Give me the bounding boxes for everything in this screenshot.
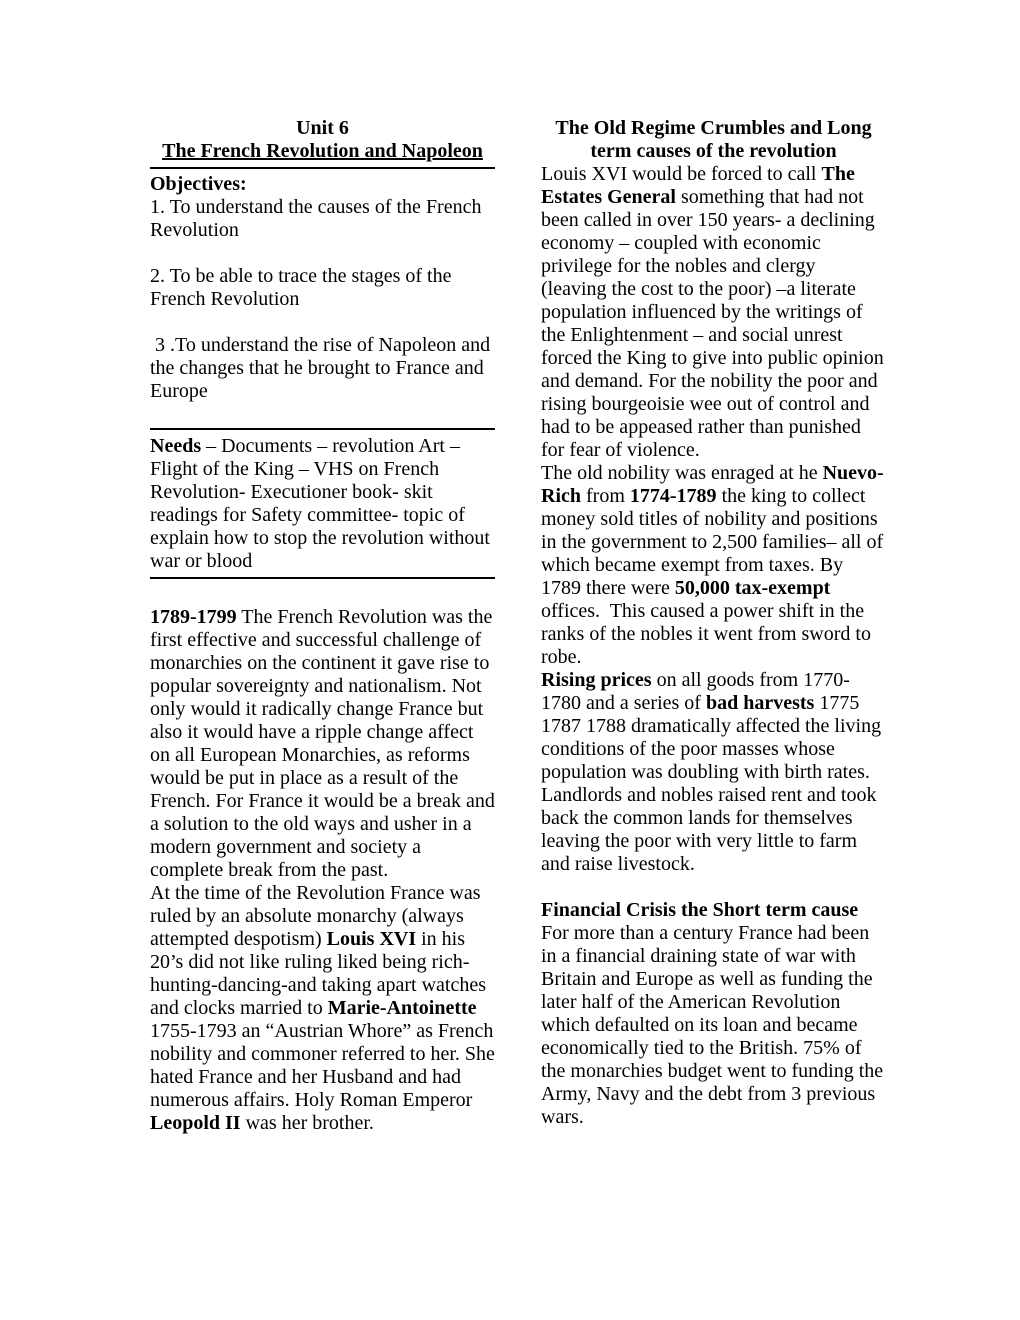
text-run: Marie-Antoinette <box>328 997 477 1019</box>
text-run: Needs <box>150 435 201 457</box>
text-run: Unit 6 <box>296 117 349 139</box>
left-column: Unit 6The French Revolution and Napoleon… <box>150 117 495 1135</box>
spacer <box>150 403 495 426</box>
spacer <box>150 242 495 265</box>
text-run: Louis XVI <box>327 928 416 950</box>
text-run: For more than a century France had been … <box>541 922 887 1128</box>
objectives-heading: Objectives: <box>150 173 495 196</box>
text-columns: Unit 6The French Revolution and Napoleon… <box>150 117 886 1135</box>
text-run: The French Revolution and Napoleon <box>162 140 483 162</box>
text-run: 1. To understand the causes of the Frenc… <box>150 196 486 241</box>
monarchy-paragraph: At the time of the Revolution France was… <box>150 882 495 1135</box>
financial-crisis-heading: Financial Crisis the Short term cause <box>541 899 886 922</box>
objective-2: 2. To be able to trace the stages of the… <box>150 265 495 311</box>
text-run: The old nobility was enraged at he <box>541 462 823 484</box>
text-run: Leopold II <box>150 1112 241 1134</box>
text-run: 50,000 tax-exempt <box>675 577 831 599</box>
text-run: Objectives: <box>150 173 247 195</box>
objective-3: 3 .To understand the rise of Napoleon an… <box>150 334 495 403</box>
estates-general-paragraph: Louis XVI would be forced to call The Es… <box>541 163 886 462</box>
text-run: Louis XVI would be forced to call <box>541 163 821 185</box>
doc-title: Unit 6 <box>150 117 495 140</box>
revolution-overview-paragraph: 1789-1799 The French Revolution was the … <box>150 606 495 882</box>
spacer <box>150 583 495 606</box>
text-run: Rising prices <box>541 669 652 691</box>
text-run: 2. To be able to trace the stages of the… <box>150 265 456 310</box>
document-page: Unit 6The French Revolution and Napoleon… <box>0 0 1020 1320</box>
nobility-paragraph: The old nobility was enraged at he Nuevo… <box>541 462 886 669</box>
spacer <box>150 311 495 334</box>
text-run: 3 .To understand the rise of Napoleon an… <box>150 334 495 402</box>
financial-crisis-paragraph: For more than a century France had been … <box>541 922 886 1129</box>
text-run: – Documents – revolution Art – Flight of… <box>150 435 495 572</box>
text-run: 1789-1799 <box>150 606 237 628</box>
old-regime-heading: The Old Regime Crumbles and Long term ca… <box>541 117 886 163</box>
spacer <box>541 876 886 899</box>
text-run: Landlords and nobles raised rent and too… <box>541 784 881 875</box>
right-column: The Old Regime Crumbles and Long term ca… <box>541 117 886 1135</box>
landlords-paragraph: Landlords and nobles raised rent and too… <box>541 784 886 876</box>
objective-1: 1. To understand the causes of the Frenc… <box>150 196 495 242</box>
text-run: 1774-1789 <box>630 485 717 507</box>
needs-paragraph: Needs – Documents – revolution Art – Fli… <box>150 428 495 579</box>
doc-subtitle: The French Revolution and Napoleon <box>150 140 495 169</box>
text-run: The French Revolution was the first effe… <box>150 606 500 881</box>
text-run: The Old Regime Crumbles and Long term ca… <box>555 117 876 162</box>
rising-prices-paragraph: Rising prices on all goods from 1770-178… <box>541 669 886 784</box>
text-run: Financial Crisis the Short term cause <box>541 899 858 921</box>
text-run: something that had not been called in ov… <box>541 186 889 461</box>
text-run: from <box>581 485 630 507</box>
text-run: bad harvests <box>706 692 814 714</box>
text-run: was her brother. <box>241 1112 374 1134</box>
